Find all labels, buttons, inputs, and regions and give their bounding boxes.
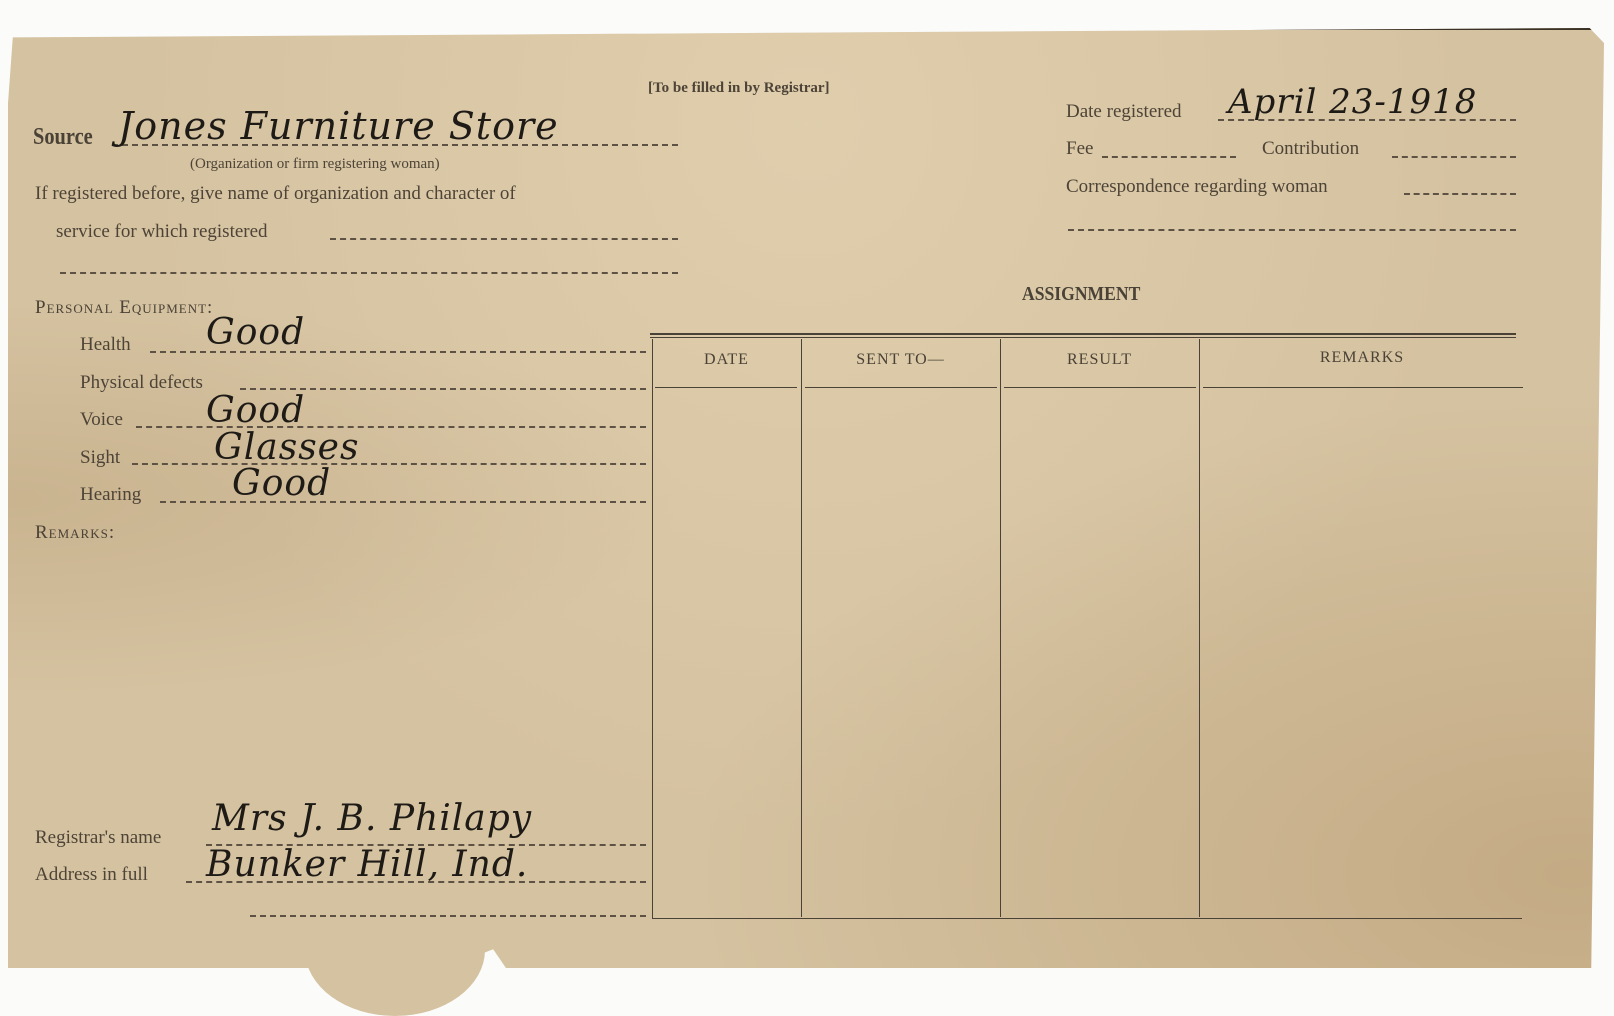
health-value[interactable]: Good [206, 312, 305, 353]
hearing-label: Hearing [80, 484, 141, 506]
header-underline-remarks [1203, 387, 1523, 388]
address-line-2[interactable] [250, 915, 646, 917]
date-registered-label: Date registered [1066, 101, 1182, 123]
previous-registration-line2: service for which registered [56, 221, 268, 243]
assignment-col-divider-2 [1000, 339, 1001, 917]
correspondence-field[interactable] [1404, 193, 1516, 195]
registrar-name-value[interactable]: Mrs J. B. Philapy [212, 798, 532, 839]
contribution-label: Contribution [1262, 138, 1359, 160]
column-header-remarks: REMARKS [1199, 349, 1525, 367]
assignment-cell-date[interactable] [654, 390, 800, 917]
assignment-col-divider-1 [801, 339, 802, 917]
date-registered-value[interactable]: April 23-1918 [1228, 82, 1477, 122]
assignment-col-divider-0 [652, 339, 653, 919]
assignment-title: ASSIGNMENT [1022, 283, 1140, 306]
header-underline-result [1004, 387, 1196, 388]
fee-label: Fee [1066, 138, 1093, 160]
header-underline-date [655, 387, 797, 388]
column-header-sent-to: SENT TO— [801, 351, 1000, 369]
source-value[interactable]: Jones Furniture Store [118, 104, 559, 148]
column-header-date: DATE [652, 351, 801, 369]
previous-registration-field[interactable] [330, 238, 678, 240]
assignment-cell-sent-to[interactable] [803, 390, 999, 917]
assignment-top-rule-inner [650, 337, 1516, 338]
remarks-heading: Remarks: [35, 522, 115, 544]
correspondence-field-2[interactable] [1068, 229, 1516, 231]
header-underline-sent-to [805, 387, 997, 388]
address-label: Address in full [35, 864, 148, 886]
fee-field[interactable] [1102, 156, 1236, 158]
column-header-result: RESULT [1000, 351, 1199, 369]
personal-equipment-heading: Personal Equipment: [35, 297, 213, 319]
health-label: Health [80, 334, 131, 356]
voice-label: Voice [80, 409, 123, 431]
source-hint: (Organization or firm registering woman) [190, 156, 440, 173]
hearing-value[interactable]: Good [232, 463, 331, 504]
previous-registration-field-2[interactable] [60, 272, 678, 274]
registrar-name-label: Registrar's name [35, 827, 161, 849]
sight-label: Sight [80, 447, 120, 469]
voice-value[interactable]: Good [206, 390, 305, 431]
sight-value[interactable]: Glasses [214, 427, 359, 468]
address-value[interactable]: Bunker Hill, Ind. [206, 844, 528, 885]
assignment-cell-result[interactable] [1002, 390, 1198, 917]
assignment-cell-remarks[interactable] [1201, 390, 1521, 917]
previous-registration-line1: If registered before, give name of organ… [35, 183, 516, 205]
remarks-area[interactable] [35, 550, 635, 810]
correspondence-label: Correspondence regarding woman [1066, 176, 1328, 198]
assignment-top-rule [650, 333, 1516, 335]
assignment-col-divider-3 [1199, 339, 1200, 917]
assignment-bottom-rule [652, 918, 1522, 919]
card-index-tab [305, 950, 485, 1016]
source-label: Source [33, 124, 93, 151]
contribution-field[interactable] [1392, 156, 1516, 158]
physical-defects-label: Physical defects [80, 372, 203, 394]
registrar-note: [To be filled in by Registrar] [648, 80, 830, 97]
sight-line [132, 463, 646, 465]
